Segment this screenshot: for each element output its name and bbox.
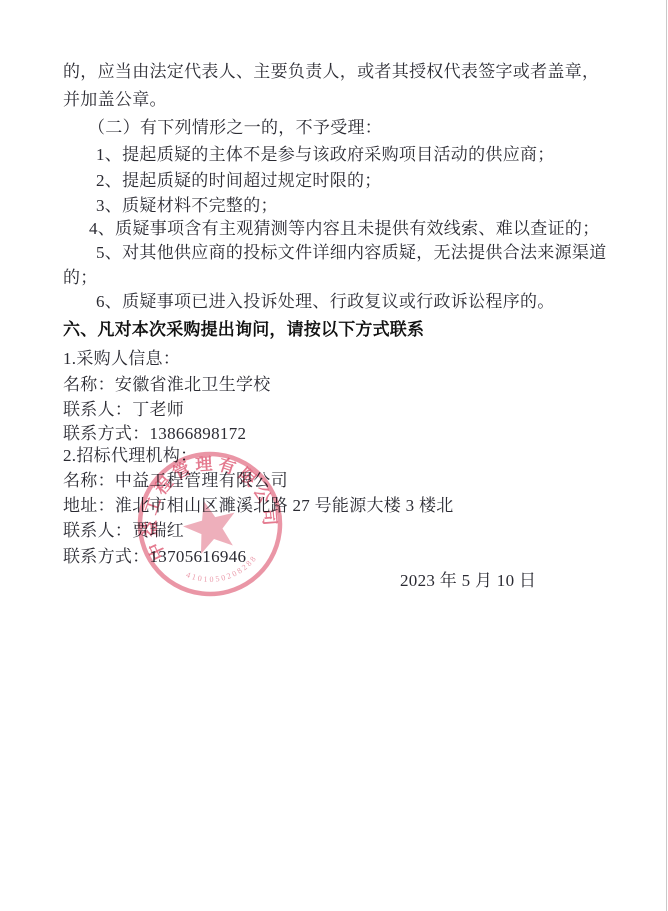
page-edge-line — [666, 0, 667, 911]
doc-line: （二）有下列情形之一的，不予受理： — [88, 118, 382, 138]
contact-line: 联系人：丁老师 — [63, 400, 184, 420]
stamp-star-icon — [178, 494, 243, 557]
doc-line: 4、质疑事项含有主观猜测等内容且未提供有效线索、难以查证的； — [89, 219, 600, 239]
company-seal-stamp-icon: 中益工程管理有限公司 4101050208288 — [120, 434, 300, 614]
doc-line: 1、提起质疑的主体不是参与该政府采购项目活动的供应商； — [96, 145, 555, 165]
doc-line: 的； — [63, 268, 98, 288]
svg-text:4101050208288: 4101050208288 — [183, 552, 263, 592]
doc-line: 5、对其他供应商的投标文件详细内容质疑，无法提供合法来源渠道 — [96, 243, 607, 263]
contact-line: 1.采购人信息： — [63, 349, 180, 369]
doc-line: 并加盖公章。 — [63, 90, 167, 110]
doc-line: 2、提起质疑的时间超过规定时限的； — [96, 171, 382, 191]
date-line: 2023 年 5 月 10 日 — [400, 571, 536, 591]
stamp-number-text: 4101050208288 — [183, 552, 263, 592]
document-page: 的，应当由法定代表人、主要负责人，或者其授权代表签字或者盖章， 并加盖公章。 （… — [0, 0, 668, 911]
contact-line: 名称：安徽省淮北卫生学校 — [63, 375, 271, 395]
doc-line: 6、质疑事项已进入投诉处理、行政复议或行政诉讼程序的。 — [96, 292, 555, 312]
section-heading: 六、凡对本次采购提出询问，请按以下方式联系 — [63, 320, 424, 340]
doc-line: 的，应当由法定代表人、主要负责人，或者其授权代表签字或者盖章， — [63, 62, 599, 82]
doc-line: 3、质疑材料不完整的； — [96, 196, 278, 216]
